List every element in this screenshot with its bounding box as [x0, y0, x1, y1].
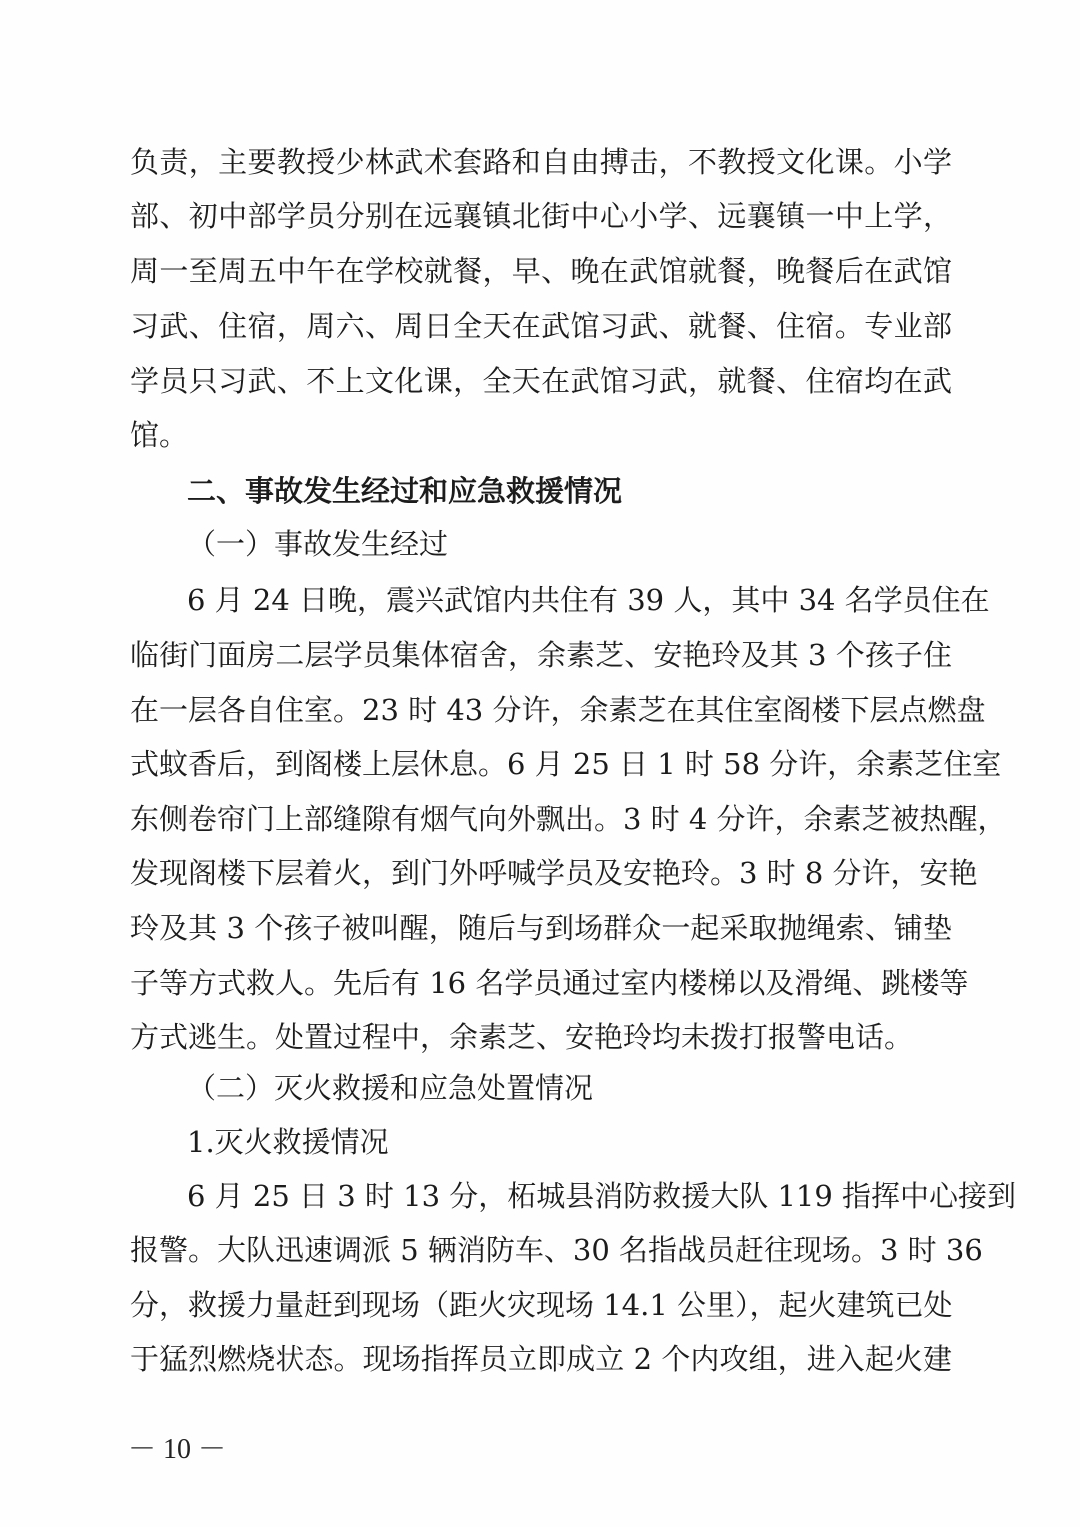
paragraph-line: 报警。大队迅速调派 5 辆消防车、30 名指战员赶往现场。3 时 36	[130, 1230, 952, 1270]
paragraph-line: 方式逃生。处置过程中，余素芝、安艳玲均未拨打报警电话。	[130, 1017, 952, 1057]
paragraph-line: 部、初中部学员分别在远襄镇北街中心小学、远襄镇一中上学，	[130, 196, 952, 236]
paragraph-line: 玲及其 3 个孩子被叫醒，随后与到场群众一起采取抛绳索、铺垫	[130, 908, 952, 948]
section-heading: 二、事故发生经过和应急救援情况	[187, 471, 952, 511]
paragraph-line: 分，救援力量赶到现场（距火灾现场 14.1 公里），起火建筑已处	[130, 1285, 952, 1325]
page-number: － 10 －	[128, 1432, 226, 1468]
paragraph-line: 6 月 24 日晚，震兴武馆内共住有 39 人，其中 34 名学员住在	[187, 580, 952, 620]
paragraph-line: 馆。	[130, 415, 952, 455]
paragraph-line: 习武、住宿，周六、周日全天在武馆习武、就餐、住宿。专业部	[130, 306, 952, 346]
subsection-heading: （一）事故发生经过	[187, 524, 952, 564]
paragraph-line: 在一层各自住室。23 时 43 分许，余素芝在其住室阁楼下层点燃盘	[130, 690, 952, 730]
paragraph-line: 临街门面房二层学员集体宿舍，余素芝、安艳玲及其 3 个孩子住	[130, 635, 952, 675]
paragraph-line: 周一至周五中午在学校就餐，早、晚在武馆就餐，晚餐后在武馆	[130, 251, 952, 291]
paragraph-line: 发现阁楼下层着火，到门外呼喊学员及安艳玲。3 时 8 分许，安艳	[130, 853, 952, 893]
paragraph-line: 负责，主要教授少林武术套路和自由搏击，不教授文化课。小学	[130, 142, 952, 182]
paragraph-line: 6 月 25 日 3 时 13 分，柘城县消防救援大队 119 指挥中心接到	[187, 1176, 952, 1216]
paragraph-line: 子等方式救人。先后有 16 名学员通过室内楼梯以及滑绳、跳楼等	[130, 963, 952, 1003]
paragraph-line: 东侧卷帘门上部缝隙有烟气向外飘出。3 时 4 分许，余素芝被热醒，	[130, 799, 952, 839]
paragraph-line: 学员只习武、不上文化课，全天在武馆习武，就餐、住宿均在武	[130, 361, 952, 401]
subsection-heading: （二）灭火救援和应急处置情况	[187, 1068, 952, 1108]
document-page: 负责，主要教授少林武术套路和自由搏击，不教授文化课。小学 部、初中部学员分别在远…	[0, 0, 1080, 1527]
paragraph-line: 式蚊香后，到阁楼上层休息。6 月 25 日 1 时 58 分许，余素芝住室	[130, 744, 952, 784]
item-heading: 1.灭火救援情况	[187, 1122, 952, 1162]
paragraph-line: 于猛烈燃烧状态。现场指挥员立即成立 2 个内攻组，进入起火建	[130, 1339, 952, 1379]
